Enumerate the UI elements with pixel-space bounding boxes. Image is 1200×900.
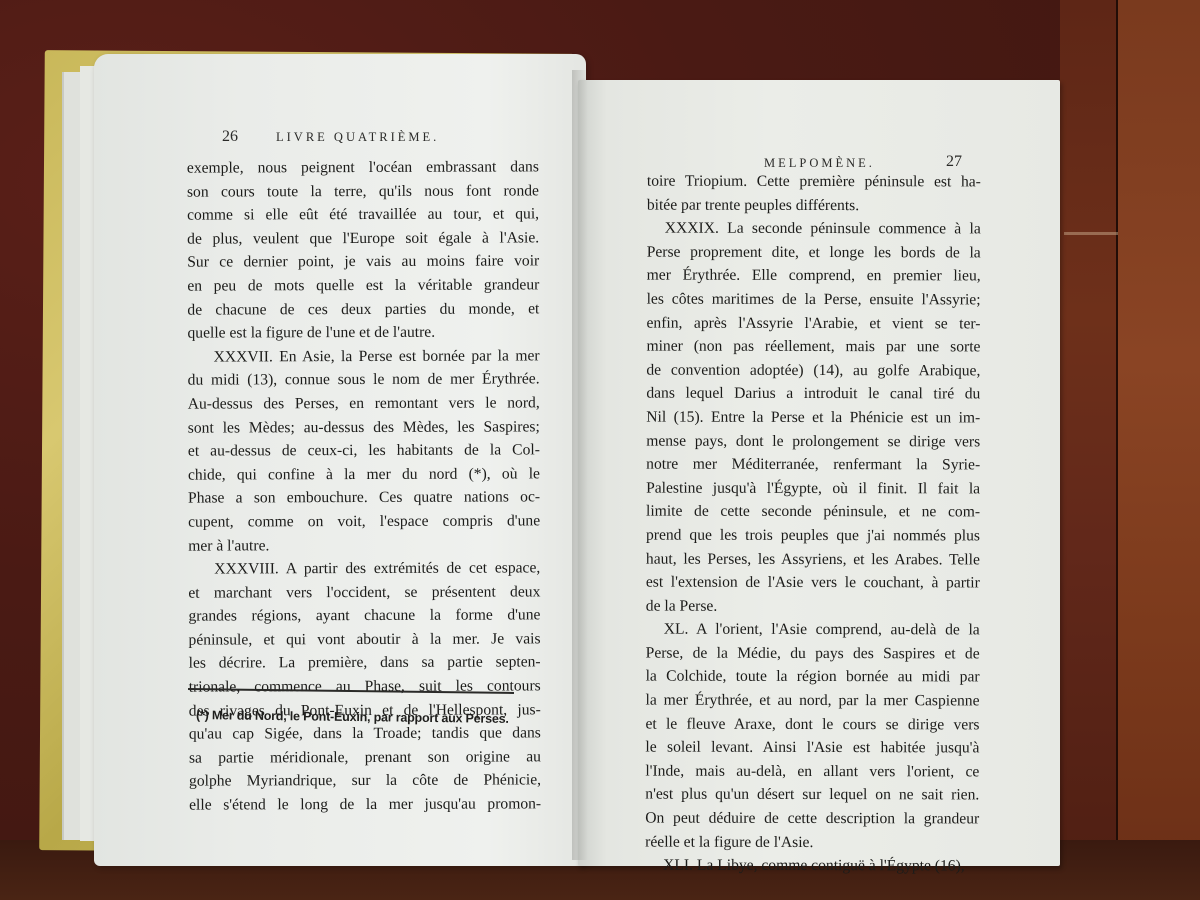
text-line: de la Perse. (646, 594, 980, 618)
wood-table-seam (1064, 232, 1120, 235)
book-gutter (572, 70, 588, 860)
text-line: mense pays, dont le prolongement se diri… (646, 429, 980, 453)
text-line: Au-dessus des Perses, en remontant vers … (188, 391, 540, 416)
text-line: en peu de mots quelle est la véritable g… (187, 273, 539, 298)
text-line: sa partie méridionale, prenant son origi… (189, 745, 541, 770)
text-line: dans lequel Darius a introduit le canal … (646, 382, 980, 406)
text-line: grandes régions, ayant chacune la forme … (188, 604, 540, 629)
text-line: bitée par trente peuples différents. (647, 193, 981, 217)
text-line: du midi (13), connue sous le nom de mer … (188, 368, 540, 393)
page-number-right: 27 (946, 153, 962, 171)
text-line: toire Triopium. Cette première péninsule… (647, 170, 981, 194)
text-line: l'Inde, mais au-delà, en allant vers l'o… (645, 759, 979, 783)
text-line: et au-dessus de ceux-ci, les habitants d… (188, 439, 540, 464)
text-line: haut, les Perses, les Assyriens, et les … (646, 547, 980, 571)
text-line: cupent, comme on voit, l'espace compris … (188, 509, 540, 534)
text-line: comme si elle eût été travaillée au tour… (187, 203, 539, 228)
text-line: quelle est la figure de l'une et de l'au… (187, 321, 539, 346)
text-line: Palestine jusqu'à l'Égypte, où il finit.… (646, 476, 980, 500)
text-line: le soleil levant. Ainsi l'Asie est habit… (645, 736, 979, 760)
section-heading-xxxvii: XXXVII. En Asie, la Perse est bornée par… (188, 344, 540, 369)
text-line: mer à l'autre. (188, 533, 540, 558)
text-line: sont les Mèdes; au-dessus des Mèdes, les… (188, 415, 540, 440)
running-head-left: LIVRE QUATRIÈME. (276, 130, 439, 145)
text-line: golphe Myriandrique, sur la côte de Phén… (189, 769, 541, 794)
text-line: prend que les trois peuples que j'ai nom… (646, 523, 980, 547)
text-line: péninsule, et qui vont aboutir à la mer.… (188, 627, 540, 652)
text-line: n'est plus qu'un désert sur lequel on ne… (645, 783, 979, 807)
text-line: la mer Érythrée, et au nord, par la mer … (646, 689, 980, 713)
text-line: enfin, après l'Assyrie l'Arabie, et vien… (646, 311, 980, 335)
text-line: trionale, commence au Phase, suit les co… (189, 674, 541, 699)
section-heading-xxxix: XXXIX. La seconde péninsule commence à l… (647, 217, 981, 241)
text-line: Phase a son embouchure. Ces quatre natio… (188, 486, 540, 511)
text-line: Sur ce dernier point, je vais au moins f… (187, 250, 539, 275)
text-line: est l'extension de l'Asie vers le coucha… (646, 571, 980, 595)
wood-table-plank-right (1118, 0, 1200, 900)
text-line: les côtes maritimes de la Perse, ensuite… (647, 288, 981, 312)
wood-table-plank (1060, 0, 1116, 900)
text-line: Perse, de la Médie, du pays des Saspires… (646, 641, 980, 665)
text-line: de convention adoptée) (14), au golfe Ar… (646, 358, 980, 382)
text-line: et le fleuve Araxe, dont le cours se dir… (645, 712, 979, 736)
text-line: et marchant vers l'occident, se présente… (188, 580, 540, 605)
text-line: exemple, nous peignent l'océan embrassan… (187, 155, 539, 180)
text-line: de chacune de ces deux parties du monde,… (187, 297, 539, 322)
section-heading-xli: XLI. La Libye, comme contiguë à l'Égypte… (645, 854, 979, 878)
text-line: son cours toute la terre, qu'ils nous fo… (187, 179, 539, 204)
right-page-body: toire Triopium. Cette première péninsule… (645, 170, 981, 879)
page-number-left: 26 (222, 128, 238, 146)
text-line: limite de cette seconde péninsule, et ne… (646, 500, 980, 524)
text-line: chide, qui confine à la mer du nord (*),… (188, 462, 540, 487)
text-line: mer Érythrée. Elle comprend, en premier … (647, 264, 981, 288)
section-heading-xxxviii: XXXVIII. A partir des extrémités de cet … (188, 556, 540, 581)
text-line: la Colchide, toute la région bornée au m… (646, 665, 980, 689)
running-head-right: MELPOMÈNE. (764, 156, 875, 171)
text-line: notre mer Méditerranée, renfermant la Sy… (646, 453, 980, 477)
text-line: elle s'étend le long de la mer jusqu'au … (189, 792, 541, 817)
text-line: Perse proprement dite, et longe les bord… (647, 240, 981, 264)
section-heading-xl: XL. A l'orient, l'Asie comprend, au-delà… (646, 618, 980, 642)
text-line: Nil (15). Entre la Perse et la Phénicie … (646, 406, 980, 430)
text-line: les décrire. La première, dans sa partie… (189, 651, 541, 676)
text-line: réelle et la figure de l'Asie. (645, 830, 979, 854)
text-line: On peut déduire de cette description la … (645, 807, 979, 831)
text-line: de plus, veulent que l'Europe soit égale… (187, 226, 539, 251)
text-line: miner (non pas réellement, mais par une … (646, 335, 980, 359)
